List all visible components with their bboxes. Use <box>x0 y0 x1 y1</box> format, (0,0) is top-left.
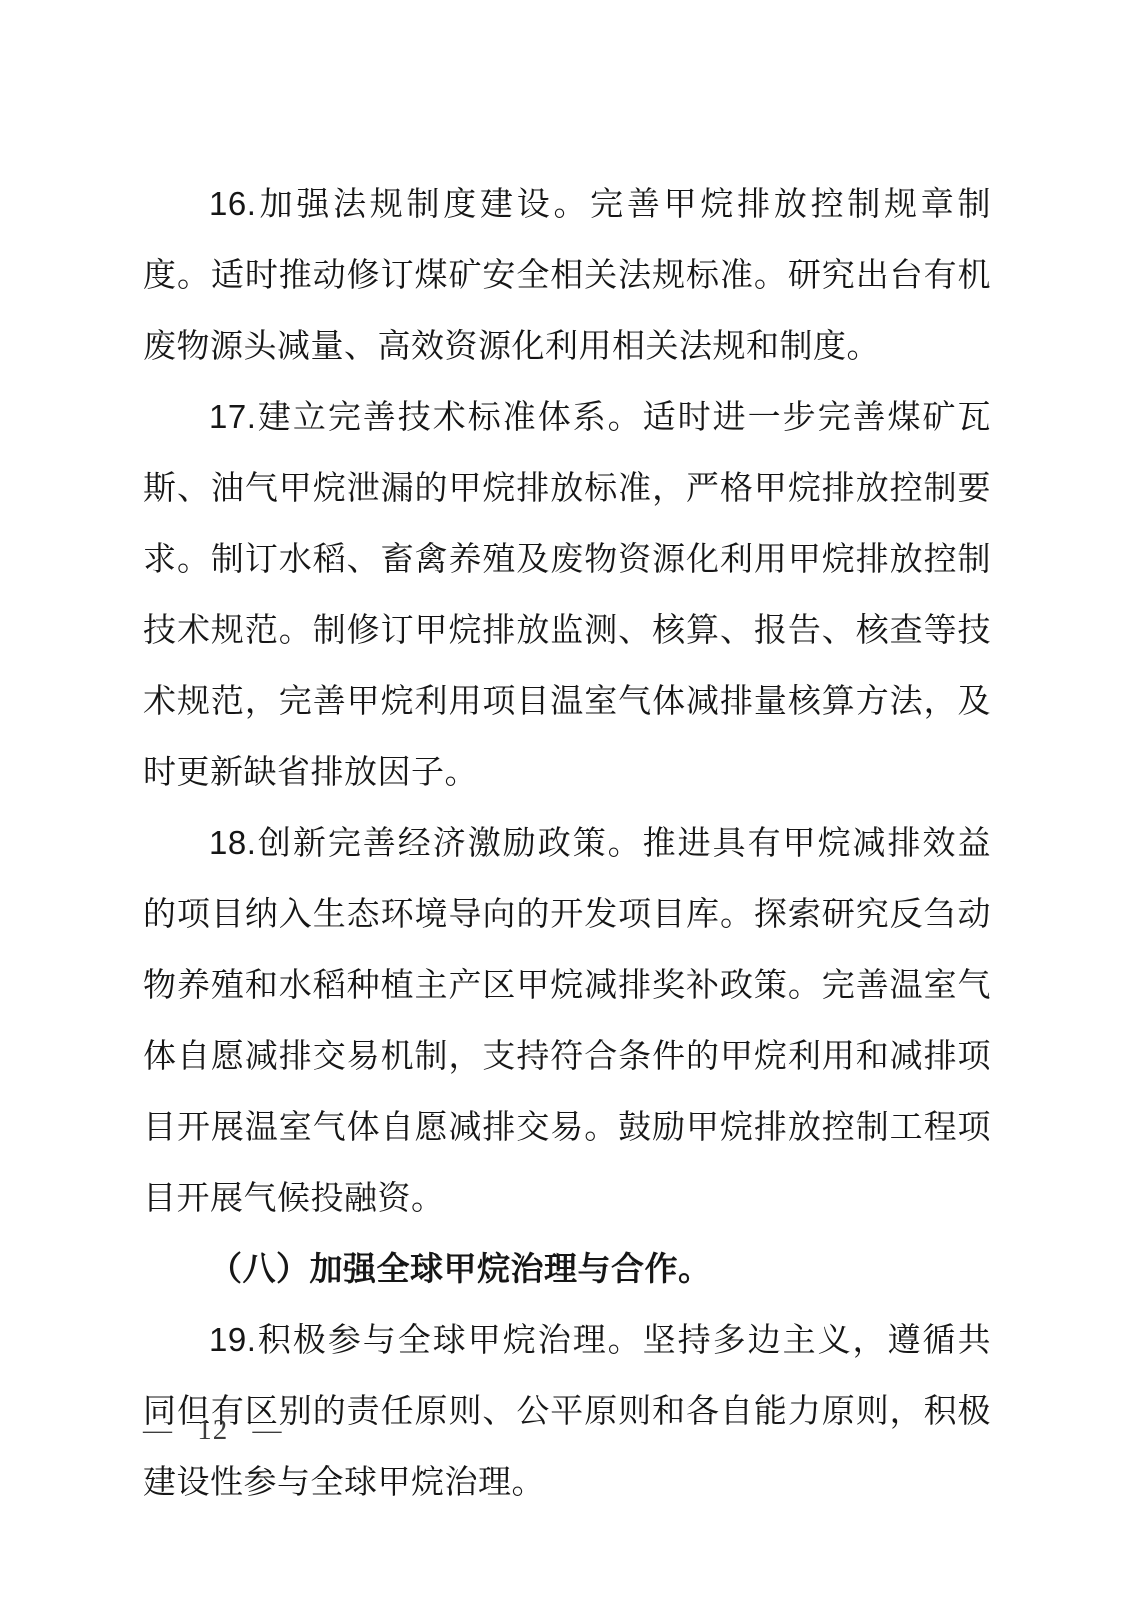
document-body: 16.加强法规制度建设。完善甲烷排放控制规章制度。适时推动修订煤矿安全相关法规标… <box>143 168 991 1517</box>
paragraph-item-19: 19.积极参与全球甲烷治理。坚持多边主义，遵循共同但有区别的责任原则、公平原则和… <box>143 1304 991 1517</box>
document-page: 16.加强法规制度建设。完善甲烷排放控制规章制度。适时推动修订煤矿安全相关法规标… <box>0 0 1131 1600</box>
paragraph-item-17: 17.建立完善技术标准体系。适时进一步完善煤矿瓦斯、油气甲烷泄漏的甲烷排放标准，… <box>143 381 991 807</box>
page-number: — 12 — <box>143 1412 283 1448</box>
paragraph-item-16: 16.加强法规制度建设。完善甲烷排放控制规章制度。适时推动修订煤矿安全相关法规标… <box>143 168 991 381</box>
section-heading-8: （八）加强全球甲烷治理与合作。 <box>143 1233 991 1304</box>
paragraph-item-18: 18.创新完善经济激励政策。推进具有甲烷减排效益的项目纳入生态环境导向的开发项目… <box>143 807 991 1233</box>
